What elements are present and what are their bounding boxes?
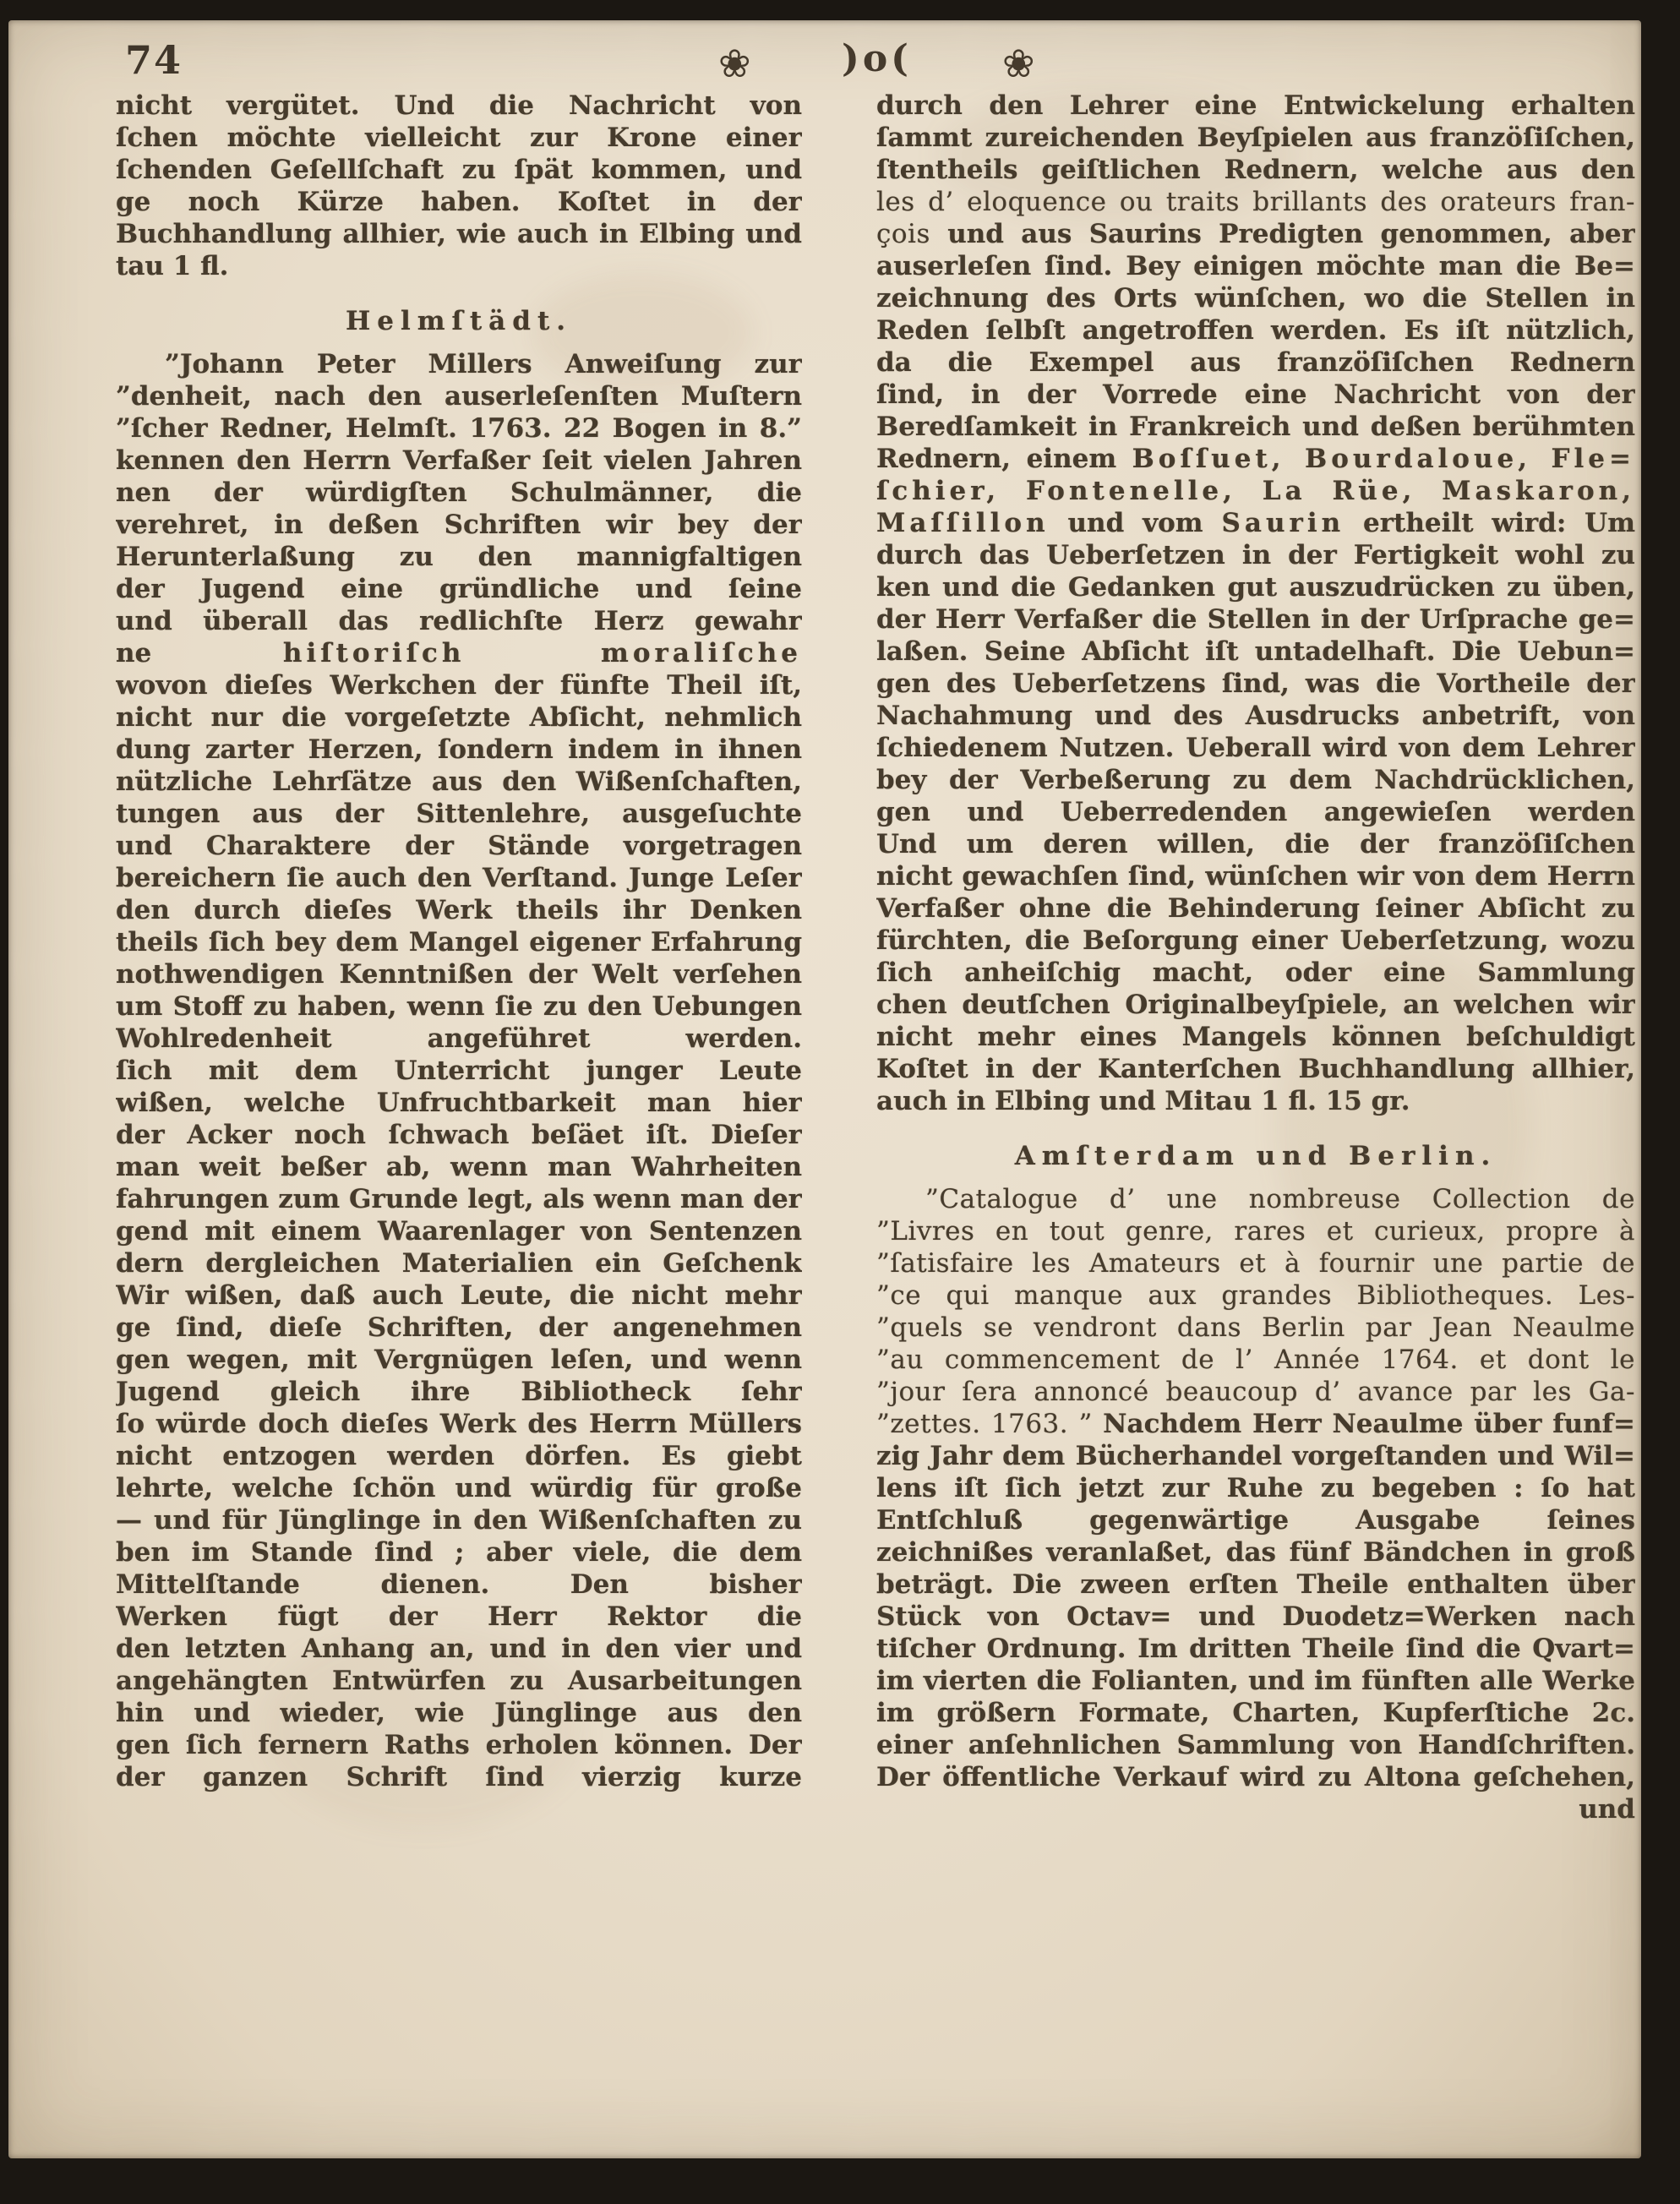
paragraph: durch den Lehrer eine Entwickelung erhal… [876,90,1635,1117]
text-line: ſtentheils geiſtlichen Rednern, welche a… [876,154,1635,186]
text-line: verehret, in deßen Schriften wir bey der… [116,509,802,541]
text-line: lehrte, welche ſchön und würdig für groß… [116,1472,802,1504]
text-line: ſich anheiſchig macht, oder eine Sammlun… [876,957,1635,989]
text-line: ”Livres en tout genre, rares et curieux,… [876,1215,1635,1247]
text-line: Stück von Octav= und Duodetz=Werken nach… [876,1601,1635,1633]
text-segment: angehängten Entwürfen zu Ausarbeitungen … [116,1666,802,1697]
text-line: der ganzen Schrift ſind vierzig kurze Le… [116,1761,802,1793]
text-line: um Stoff zu haben, wenn ſie zu den Uebun… [116,990,802,1023]
text-line: ”Catalogue d’ une nombreuse Collection d… [876,1183,1635,1215]
text-segment: Wohlredenheit angeführet werden. Diejeni… [116,1023,802,1055]
text-line: ſind, in der Vorrede eine Nachricht von … [876,379,1635,411]
text-line: ge noch Kürze haben. Koſtet in der Kante… [116,186,802,218]
text-segment: der Acker noch ſchwach beſäet iſt. Dieſe… [116,1120,802,1151]
text-segment: chen deutſchen Originalbeyſpiele, an wel… [876,990,1635,1021]
text-segment: ”ſcher Redner, Helmſt. 1763. 22 Bogen in… [116,413,802,445]
text-segment: Buchhandlung allhier, wie auch in Elbing… [116,219,802,250]
text-segment: lehrte, welche ſchön und würdig für groß… [116,1473,802,1504]
text-column-left: nicht vergütet. Und die Nachricht von Ma… [116,90,802,1793]
text-segment: da die Exempel aus franzöſiſchen Rednern… [876,347,1635,379]
antiqua-text-segment: ”au commencement de l’ Année 1764. et do… [876,1345,1635,1375]
text-segment: und Charaktere der Stände vorgetragen we… [116,831,802,862]
text-line: tau 1 fl. [116,250,802,282]
text-line: nicht mehr eines Mangels können beſchuld… [876,1021,1635,1053]
antiqua-text-segment: ”Livres en tout genre, rares et curieux,… [876,1216,1635,1247]
paragraph: nicht vergütet. Und die Nachricht von Ma… [116,90,802,282]
text-segment: nicht gewachſen ſind, wünſchen wir von d… [876,861,1635,892]
text-segment: Nachahmung und des Ausdrucks anbetrift, … [876,701,1635,732]
text-line: ”zettes. 1763. ” Nachdem Herr Neaulme üb… [876,1408,1635,1440]
text-line: auserleſen ſind. Bey einigen möchte man … [876,250,1635,282]
text-segment: bey der Verbeßerung zu dem Nachdrücklich… [876,765,1635,796]
text-segment: ge noch Kürze haben. Koſtet in der Kante… [116,187,802,218]
text-segment: ſchiedenem Nutzen. Ueberall wird von dem… [876,733,1635,763]
text-segment: Und um deren willen, die der franzöſiſch… [876,829,1635,860]
text-segment: nen der würdigſten Schulmänner, die Deut… [116,477,802,509]
text-segment: ge ſind, dieſe Schriften, der angenehmen… [116,1312,802,1344]
text-line: auch in Elbing und Mitau 1 fl. 15 gr. [876,1085,1635,1117]
text-segment: ”denheit, nach den auserleſenſten Muſter… [116,381,802,412]
text-segment: tau 1 fl. [116,251,228,281]
text-line: der Herr Verfaßer die Stellen in der Urſ… [876,603,1635,636]
text-segment: ſind, in der Vorrede eine Nachricht von … [876,379,1635,411]
text-line: beträgt. Die zween erſten Theile enthalt… [876,1568,1635,1601]
text-line: Herunterlaßung zu den mannigfaltigen Fäh… [116,541,802,573]
text-segment: nicht entzogen werden dörfen. Es giebt w… [116,1441,802,1472]
text-line: ſchenden Geſellſchaft zu ſpät kommen, un… [116,154,802,186]
text-segment: gen und Ueberredenden angewieſen werden … [876,797,1635,828]
text-line: ſchier, Fontenelle, La Rüe, Maskaron, [876,475,1635,507]
text-segment: und vom [1050,508,1222,538]
text-segment: der Herr Verfaßer die Stellen in der Urſ… [876,604,1635,635]
text-segment: auserleſen ſind. Bey einigen möchte man … [876,251,1635,281]
text-line: ſammt zureichenden Beyſpielen aus franzö… [876,122,1635,154]
text-segment: nicht mehr eines Mangels können beſchuld… [876,1022,1635,1053]
text-line: Wir wißen, daß auch Leute, die nicht meh… [116,1279,802,1312]
text-segment: nothwendigen Kenntnißen der Welt verſehe… [116,959,802,990]
text-line: nicht entzogen werden dörfen. Es giebt w… [116,1440,802,1472]
text-line: Beredſamkeit in Frankreich und deßen ber… [876,411,1635,443]
text-line: ſchiedenem Nutzen. Ueberall wird von dem… [876,732,1635,764]
paragraph: ”Johann Peter Millers Anweiſung zur Wohl… [116,348,802,1793]
text-segment: Wir wißen, daß auch Leute, die nicht meh… [116,1280,802,1312]
text-line: gen wegen, mit Vergnügen leſen, und wenn… [116,1344,802,1376]
text-line: zeichnung des Orts wünſchen, wo die Stel… [876,282,1635,314]
text-segment: ſtentheils geiſtlichen Rednern, welche a… [876,155,1635,185]
text-line: zig Jahr dem Bücherhandel vorgeſtanden u… [876,1440,1635,1472]
text-line: ”Johann Peter Millers Anweiſung zur Wohl… [116,348,802,380]
text-line: fahrungen zum Grunde legt, als wenn man … [116,1183,802,1215]
text-segment: tiſcher Ordnung. Im dritten Theile ſind … [876,1634,1635,1664]
text-segment: dung zarter Herzen, ſondern indem in ihn… [116,734,802,766]
text-segment: zeichnung des Orts wünſchen, wo die Stel… [876,283,1635,314]
text-line: Jugend gleich ihre Bibliotheck ſehr einſ… [116,1376,802,1408]
text-line: fürchten, die Beſorgung einer Ueberſetzu… [876,925,1635,957]
text-segment: ken und die Gedanken gut auszudrücken zu… [876,572,1635,603]
text-segment: Verfaßer ohne die Behinderung ſeiner Abſ… [876,893,1635,925]
text-line: nicht gewachſen ſind, wünſchen wir von d… [876,860,1635,892]
text-line: ”ſatisfaire les Amateurs et à fournir un… [876,1247,1635,1279]
text-line: kennen den Herrn Verfaßer ſeit vielen Ja… [116,445,802,477]
text-line: ge ſind, dieſe Schriften, der angenehmen… [116,1312,802,1344]
text-line: ”au commencement de l’ Année 1764. et do… [876,1344,1635,1376]
text-segment: Nachdem Herr Neaulme über funf= [1103,1409,1635,1439]
section-heading: Amſterdam und Berlin. [876,1139,1635,1173]
text-segment: ben im Stande ſind ; aber viele, die dem… [116,1537,802,1568]
text-line: ”ce qui manque aux grandes Bibliotheques… [876,1279,1635,1312]
antiqua-text-segment: ”ce qui manque aux grandes Bibliotheques… [876,1280,1635,1311]
header-divider-ornament: )o( [842,37,912,80]
text-segment: theils ſich bey dem Mangel eigener Erfah… [116,927,802,958]
text-segment: um Stoff zu haben, wenn ſie zu den Uebun… [116,991,802,1023]
text-segment: im vierten die Folianten, und im fünften… [876,1666,1635,1696]
text-line: ”ſcher Redner, Helmſt. 1763. 22 Bogen in… [116,412,802,445]
text-line: zeichnißes veranlaßet, das fünf Bändchen… [876,1536,1635,1568]
text-segment: Entſchluß gegenwärtige Ausgabe ſeines Bü… [876,1505,1635,1536]
text-line: man weit beßer ab, wenn man Wahrheiten u… [116,1151,802,1183]
text-line: durch das Ueberſetzen in der Fertigkeit … [876,539,1635,571]
text-segment: Werken fügt der Herr Rektor die Wohlrede… [116,1601,802,1633]
scanned-page: 74 ❀ )o( ❀ nicht vergütet. Und die Nachr… [0,0,1680,2204]
text-segment: ſchenden Geſellſchaft zu ſpät kommen, un… [116,155,802,186]
text-segment: auch in Elbing und Mitau 1 fl. 15 gr. [876,1086,1410,1116]
text-line: Rednern, einem Boſſuet, Bourdaloue, Fle= [876,443,1635,475]
text-segment: der ganzen Schrift ſind vierzig kurze Le… [116,1762,802,1793]
text-segment: ſammt zureichenden Beyſpielen aus franzö… [876,123,1635,154]
text-segment: Beredſamkeit in Frankreich und deßen ber… [876,412,1635,442]
text-line: der Acker noch ſchwach beſäet iſt. Dieſe… [116,1119,802,1151]
antiqua-text-segment: ”quels se vendront dans Berlin par Jean … [876,1312,1635,1343]
text-segment: kennen den Herrn Verfaßer ſeit vielen Ja… [116,445,802,477]
text-line: Reden ſelbſt angetroffen werden. Es iſt … [876,314,1635,346]
text-segment: durch den Lehrer eine Entwickelung erhal… [876,90,1635,122]
text-line: tungen aus der Sittenlehre, ausgeſuchte … [116,798,802,830]
fleuron-ornament-right: ❀ [1002,41,1035,86]
text-line: im größern Formate, Charten, Kupferſtich… [876,1697,1635,1729]
text-segment: den durch dieſes Werk theils ihr Denken … [116,895,802,926]
text-line: dung zarter Herzen, ſondern indem in ihn… [116,734,802,766]
text-segment: man weit beßer ab, wenn man Wahrheiten u… [116,1152,802,1183]
text-line: ben im Stande ſind ; aber viele, die dem… [116,1536,802,1568]
text-segment: und [1579,1794,1635,1825]
fleuron-ornament-left: ❀ [718,41,751,86]
text-segment: Mittelſtande dienen. Den bisher herausge… [116,1569,802,1601]
text-line: les d’ eloquence ou traits brillants des… [876,186,1635,218]
text-line: Koſtet in der Kanterſchen Buchhandlung a… [876,1053,1635,1085]
text-line: Nachahmung und des Ausdrucks anbetrift, … [876,700,1635,732]
text-line: gen ſich fernern Raths erholen können. D… [116,1729,802,1761]
text-segment: nicht nur die vorgeſetzte Abſicht, nehml… [116,702,802,734]
text-line: Wohlredenheit angeführet werden. Diejeni… [116,1023,802,1055]
text-segment: fahrungen zum Grunde legt, als wenn man … [116,1184,802,1215]
text-segment: Reden ſelbſt angetroffen werden. Es iſt … [876,315,1635,346]
text-line: tiſcher Ordnung. Im dritten Theile ſind … [876,1633,1635,1665]
text-line: chen deutſchen Originalbeyſpiele, an wel… [876,989,1635,1021]
text-line: einer anſehnlichen Sammlung von Handſchr… [876,1729,1635,1761]
antiqua-text-segment: ”jour ſera annoncé beaucoup d’ avance pa… [876,1377,1635,1407]
text-line: angehängten Entwürfen zu Ausarbeitungen … [116,1665,802,1697]
letterspaced-text-segment: Maſſillon [876,508,1050,538]
text-line: den letzten Anhang an, und in den vier u… [116,1633,802,1665]
text-segment: hin und wieder, wie Jünglinge aus den Sc… [116,1698,802,1729]
text-segment: den letzten Anhang an, und in den vier u… [116,1634,802,1665]
text-segment: ”Johann Peter Millers Anweiſung zur Wohl… [116,349,802,380]
text-line: Buchhandlung allhier, wie auch in Elbing… [116,218,802,250]
text-segment: fürchten, die Beſorgung einer Ueberſetzu… [876,925,1635,957]
text-segment: Koſtet in der Kanterſchen Buchhandlung a… [876,1054,1635,1085]
text-line: ne hiſtoriſch moraliſche Schilderungen, [116,637,802,669]
text-line: und überall das redlichſte Herz gewahr w… [116,605,802,637]
letterspaced-text-segment: ſchier, Fontenelle, La Rüe, Maskaron, [876,476,1635,506]
text-segment: — und für Jünglinge in den Wißenſchaften… [116,1505,802,1536]
antiqua-text-segment: ”zettes. 1763. ” [876,1409,1103,1439]
text-segment: nicht vergütet. Und die Nachricht von Ma… [116,90,802,122]
text-column-right: durch den Lehrer eine Entwickelung erhal… [876,90,1635,1825]
section-heading: Helmſtädt. [116,304,802,338]
text-line: den durch dieſes Werk theils ihr Denken … [116,894,802,926]
text-segment: bereichern ſie auch den Verſtand. Junge … [116,863,802,894]
text-line: theils ſich bey dem Mangel eigener Erfah… [116,926,802,958]
text-segment: ſich mit dem Unterricht junger Leute beſ… [116,1056,802,1087]
text-line: ”quels se vendront dans Berlin par Jean … [876,1312,1635,1344]
antiqua-text-segment: ”Catalogue d’ une nombreuse Collection d… [925,1184,1635,1214]
antiqua-text-segment: ”ſatisfaire les Amateurs et à fournir un… [876,1248,1635,1279]
text-segment: Jugend gleich ihre Bibliotheck ſehr einſ… [116,1377,802,1408]
catchword: und [876,1793,1635,1825]
text-line: Verfaßer ohne die Behinderung ſeiner Abſ… [876,892,1635,925]
text-line: Maſſillon und vom Saurin ertheilt wird: … [876,507,1635,539]
text-line: ſchen möchte vielleicht zur Krone einer … [116,122,802,154]
text-line: da die Exempel aus franzöſiſchen Rednern… [876,346,1635,379]
text-segment: und überall das redlichſte Herz gewahr w… [116,606,802,637]
letterspaced-text-segment: Saurin [1221,508,1345,538]
text-line: ſich mit dem Unterricht junger Leute beſ… [116,1055,802,1087]
text-line: dern dergleichen Materialien ein Geſchen… [116,1247,802,1279]
text-segment: laßen. Seine Abſicht iſt untadelhaft. Di… [876,636,1635,667]
text-segment: ertheilt wird: Um [1345,508,1635,538]
text-line: und Charaktere der Stände vorgetragen we… [116,830,802,862]
text-line: ken und die Gedanken gut auszudrücken zu… [876,571,1635,603]
text-segment: gen wegen, mit Vergnügen leſen, und wenn… [116,1345,802,1376]
text-segment: Der öffentliche Verkauf wird zu Altona g… [876,1762,1635,1792]
text-line: çois und aus Saurins Predigten genommen,… [876,218,1635,250]
text-line: ”denheit, nach den auserleſenſten Muſter… [116,380,802,412]
text-line: gen und Ueberredenden angewieſen werden … [876,796,1635,828]
text-segment: zeichnißes veranlaßet, das fünf Bändchen… [876,1537,1635,1568]
text-line: Mittelſtande dienen. Den bisher herausge… [116,1568,802,1601]
text-line: wovon dieſes Werkchen der fünfte Theil i… [116,669,802,701]
text-segment: dern dergleichen Materialien ein Geſchen… [116,1248,802,1279]
text-line: Der öffentliche Verkauf wird zu Altona g… [876,1761,1635,1793]
text-segment: ne [116,638,283,668]
text-segment: gend mit einem Waarenlager von Sentenzen… [116,1216,802,1247]
text-segment: Herunterlaßung zu den mannigfaltigen Fäh… [116,542,802,573]
paragraph: ”Catalogue d’ une nombreuse Collection d… [876,1183,1635,1793]
antiqua-text-segment: les d’ eloquence ou traits brillants des… [876,187,1635,217]
text-segment: ſchen möchte vielleicht zur Krone einer … [116,123,802,154]
text-segment: im größern Formate, Charten, Kupferſtich… [876,1698,1635,1729]
text-line: bey der Verbeßerung zu dem Nachdrücklich… [876,764,1635,796]
text-line: Und um deren willen, die der franzöſiſch… [876,828,1635,860]
text-line: nothwendigen Kenntnißen der Welt verſehe… [116,958,802,990]
text-segment: ſich anheiſchig macht, oder eine Sammlun… [876,957,1635,989]
text-line: ”jour ſera annoncé beaucoup d’ avance pa… [876,1376,1635,1408]
text-line: durch den Lehrer eine Entwickelung erhal… [876,90,1635,122]
text-segment: nützliche Lehrſätze aus den Wißenſchafte… [116,766,802,798]
text-segment: verehret, in deßen Schriften wir bey der… [116,510,802,541]
page-number: 74 [125,37,183,83]
text-segment: gen des Ueberſetzens ſind, was die Vorth… [876,668,1635,699]
text-line: ſo würde doch dieſes Werk des Herrn Müll… [116,1408,802,1440]
text-segment: tungen aus der Sittenlehre, ausgeſuchte … [116,799,802,830]
text-line: lens iſt ſich jetzt zur Ruhe zu begeben … [876,1472,1635,1504]
text-line: gend mit einem Waarenlager von Sentenzen… [116,1215,802,1247]
text-segment: zig Jahr dem Bücherhandel vorgeſtanden u… [876,1441,1635,1471]
text-segment: gen ſich fernern Raths erholen können. D… [116,1730,802,1761]
text-segment: einer anſehnlichen Sammlung von Handſchr… [876,1730,1635,1760]
text-line: bereichern ſie auch den Verſtand. Junge … [116,862,802,894]
text-segment: wißen, welche Unfruchtbarkeit man hier f… [116,1088,802,1119]
text-line: nicht vergütet. Und die Nachricht von Ma… [116,90,802,122]
text-line: laßen. Seine Abſicht iſt untadelhaft. Di… [876,636,1635,668]
text-segment: beträgt. Die zween erſten Theile enthalt… [876,1569,1635,1601]
text-line: gen des Ueberſetzens ſind, was die Vorth… [876,668,1635,700]
text-line: nicht nur die vorgeſetzte Abſicht, nehml… [116,701,802,734]
text-segment: lens iſt ſich jetzt zur Ruhe zu begeben … [876,1473,1635,1504]
text-line: Werken fügt der Herr Rektor die Wohlrede… [116,1601,802,1633]
text-line: Entſchluß gegenwärtige Ausgabe ſeines Bü… [876,1504,1635,1536]
text-line: im vierten die Folianten, und im fünften… [876,1665,1635,1697]
text-segment: wovon dieſes Werkchen der fünfte Theil i… [116,670,802,701]
text-line: nützliche Lehrſätze aus den Wißenſchafte… [116,766,802,798]
text-line: — und für Jünglinge in den Wißenſchaften… [116,1504,802,1536]
text-segment: Rednern, einem [876,444,1132,474]
text-segment: ſo würde doch dieſes Werk des Herrn Müll… [116,1409,802,1440]
text-line: wißen, welche Unfruchtbarkeit man hier f… [116,1087,802,1119]
antiqua-text-segment: çois [876,219,930,249]
text-segment: der Jugend eine gründliche und ſeine Gel… [116,574,802,605]
text-line: hin und wieder, wie Jünglinge aus den Sc… [116,1697,802,1729]
text-segment: Stück von Octav= und Duodetz=Werken nach… [876,1601,1635,1633]
text-line: der Jugend eine gründliche und ſeine Gel… [116,573,802,605]
letterspaced-text-segment: Boſſuet, Bourdaloue, Fle= [1132,444,1635,474]
text-segment: durch das Ueberſetzen in der Fertigkeit … [876,540,1635,571]
text-line: nen der würdigſten Schulmänner, die Deut… [116,477,802,509]
text-segment: und aus Saurins Predigten genommen, aber [930,219,1635,249]
